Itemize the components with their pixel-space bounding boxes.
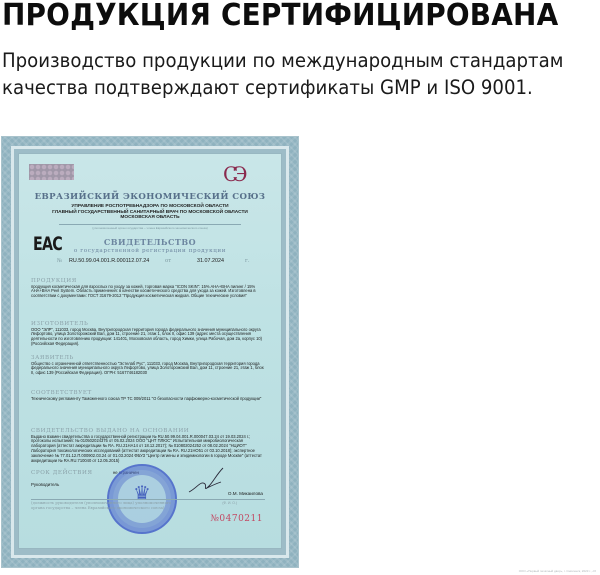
signer-caption: (Ф. И. О.) [222, 501, 237, 505]
section-text: ООО "ЭЛР", 111033, город Москва, Внутриг… [31, 328, 267, 348]
hologram-icon [29, 164, 74, 180]
signature-icon [187, 466, 227, 496]
reg-date: 31.07.2024 [197, 258, 224, 264]
subtitle-line-1: Производство продукции по международным … [2, 49, 563, 72]
reg-year-suffix: г. [245, 258, 250, 264]
authority-line: МОСКОВСКАЯ ОБЛАСТЬ [19, 215, 281, 221]
section-applicant: ЗАЯВИТЕЛЬ Общество с ограниченной ответс… [31, 355, 267, 376]
section-product: ПРОДУКЦИЯ продукция косметическая для вз… [31, 278, 267, 299]
document-title: СВИДЕТЕЛЬСТВО [19, 237, 281, 247]
page-title: ПРОДУКЦИЯ СЕРТИФИЦИРОВАНА [2, 0, 558, 34]
section-text: Общество с ограниченной ответственностью… [31, 362, 267, 377]
signature-caption: (должность руководителя (уполномоченного… [31, 501, 181, 510]
document-subtitle: о государственной регистрации продукции [19, 248, 281, 254]
section-text: продукция косметическая для взрослых по … [31, 285, 267, 300]
section-basis: СВИДЕТЕЛЬСТВО ВЫДАНО НА ОСНОВАНИИ Выдано… [31, 428, 267, 464]
printer-footer: ООО «Первый печатный двор», г. Смоленск,… [519, 569, 596, 573]
section-text: Техническому регламенту Таможенного союз… [31, 397, 267, 402]
reg-number: RU.50.99.04.001.R.000112.07.24 [69, 258, 149, 264]
page-subtitle: Производство продукции по международным … [2, 47, 563, 101]
signer-name: О.М. Микаилова [228, 491, 263, 496]
subtitle-line-2: качества подтверждают сертификаты GMP и … [2, 76, 533, 99]
authority-caption: (уполномоченный орган государства – член… [19, 226, 281, 230]
head-label: Руководитель [31, 482, 59, 487]
serial-number: №0470211 [210, 514, 263, 524]
section-conformity: СООТВЕТСТВУЕТ Техническому регламенту Та… [31, 390, 267, 401]
certificate-body: CЭ ЕВРАЗИЙСКИЙ ЭКОНОМИЧЕСКИЙ СОЮЗ УПРАВЛ… [18, 153, 282, 549]
section-manufacturer: ИЗГОТОВИТЕЛЬ ООО "ЭЛР", 111033, город Мо… [31, 321, 267, 347]
section-header: СРОК ДЕЙСТВИЯ [31, 470, 93, 476]
reg-date-label: от [165, 258, 171, 264]
section-text: Выдано взамен свидетельства о государств… [31, 435, 267, 464]
union-name: ЕВРАЗИЙСКИЙ ЭКОНОМИЧЕСКИЙ СОЮЗ [19, 192, 281, 202]
authority-block: УПРАВЛЕНИЕ РОСПОТРЕБНАДЗОРА ПО МОСКОВСКО… [19, 204, 281, 221]
certificate-image: CЭ ЕВРАЗИЙСКИЙ ЭКОНОМИЧЕСКИЙ СОЮЗ УПРАВЛ… [2, 137, 298, 567]
reg-number-label: № [57, 258, 62, 264]
eaeu-logo-icon: CЭ [223, 164, 253, 184]
divider [59, 224, 241, 225]
